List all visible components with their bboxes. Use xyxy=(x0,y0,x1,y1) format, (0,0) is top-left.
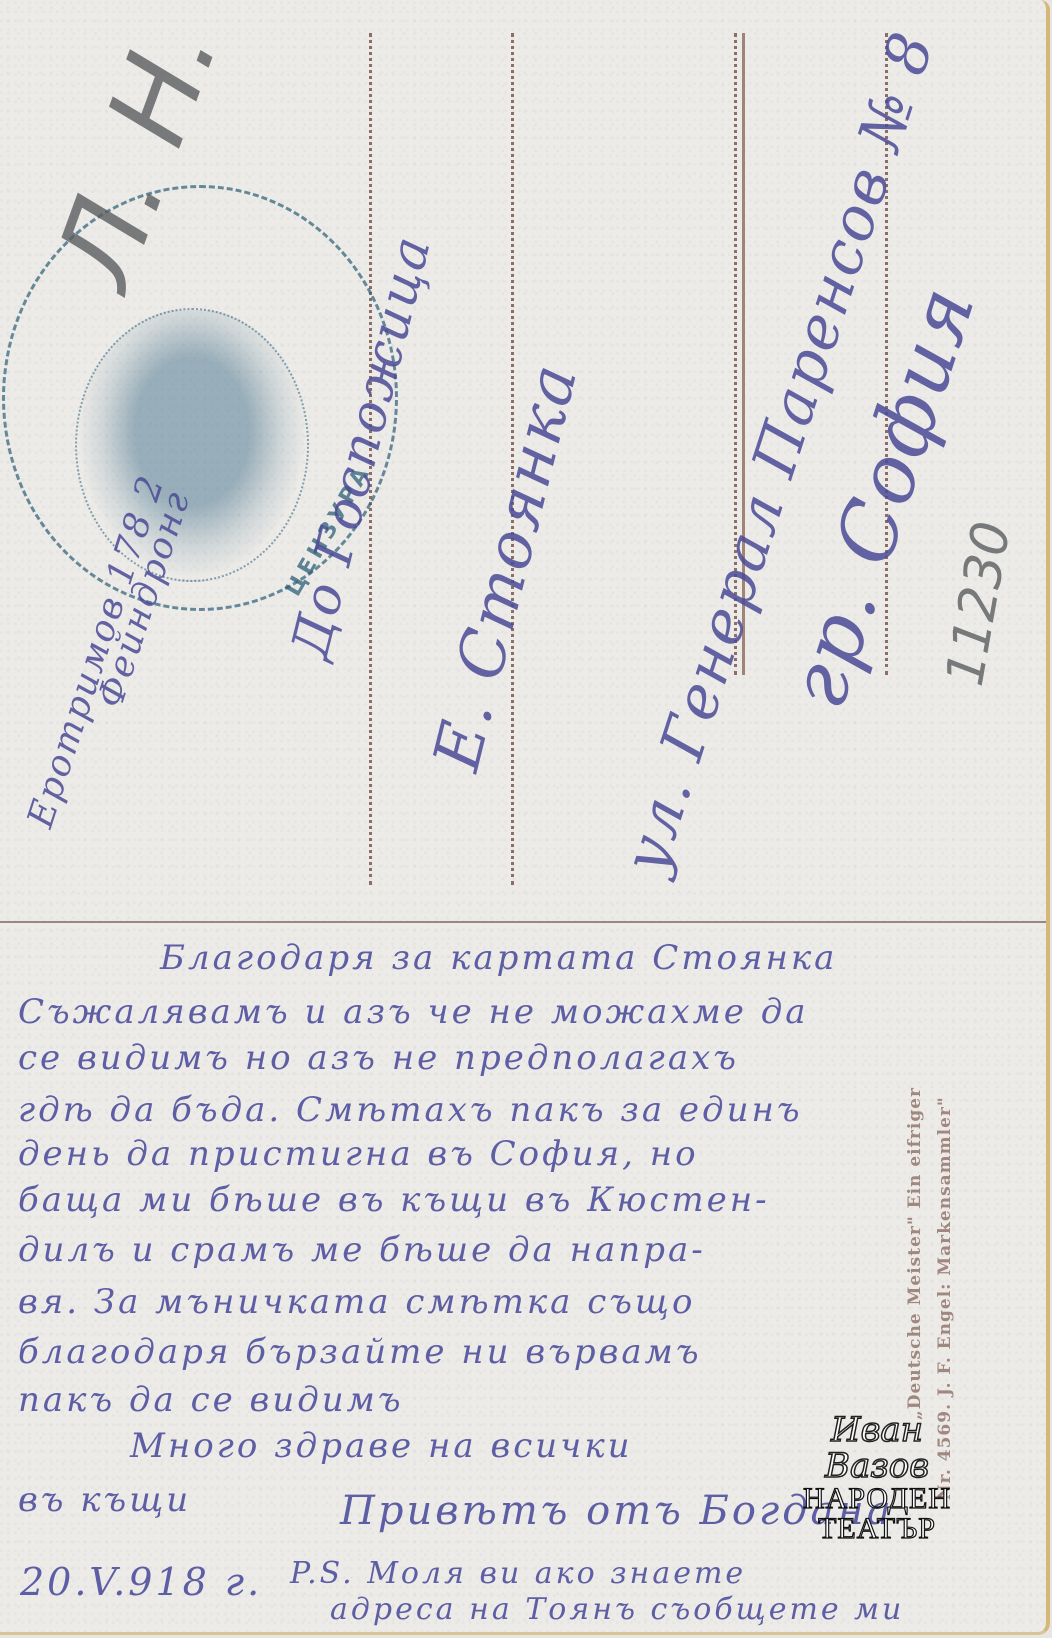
national-theatre-watermark: Иван Вазов НАРОДЕН ТЕАТЪР xyxy=(792,1412,962,1544)
message-line: благодаря бързайте ни вървамъ xyxy=(18,1332,702,1372)
message-line: гдѣ да бъда. Смѣтахъ пакъ за единъ xyxy=(18,1090,803,1130)
recipient-name: Е. Стоянка xyxy=(420,356,593,778)
message-line: Благодаря за картата Стоянка xyxy=(160,938,837,978)
message-line: Съжалявамъ и азъ че не можахме да xyxy=(18,992,809,1032)
message-date: 20.V.918 г. xyxy=(20,1560,262,1604)
section-divider xyxy=(0,921,1046,923)
printed-publisher-line-1: „Deutsche Meister" Ein eifriger xyxy=(905,1087,925,1420)
message-line: дилъ и срамъ ме бѣше да напра- xyxy=(18,1230,706,1270)
message-line: день да пристигна въ София, но xyxy=(18,1134,699,1174)
message-line: Много здраве на всички xyxy=(130,1426,633,1466)
postcard: ЦЕНЗУРА Л. Н. Еротримов 178 2 Фейндронг … xyxy=(0,0,1050,1635)
message-line: пакъ да се видимъ xyxy=(18,1380,404,1420)
archive-number: 11230 xyxy=(935,517,1023,690)
watermark-line-1: НАРОДЕН xyxy=(792,1484,962,1514)
message-line: въ къщи xyxy=(18,1480,191,1520)
message-line: се видимъ но азъ не предполагахъ xyxy=(18,1038,739,1078)
message-line: баща ми бѣше въ къщи въ Кюстен- xyxy=(18,1180,770,1220)
watermark-script: Иван Вазов xyxy=(792,1412,962,1484)
watermark-line-2: ТЕАТЪР xyxy=(792,1514,962,1544)
postscript-line-1: P.S. Моля ви ако знаете xyxy=(290,1556,746,1591)
postscript-line-2: адреса на Тоянъ съобщете ми xyxy=(330,1592,904,1627)
message-line: вя. За мъничката смѣтка също xyxy=(18,1282,695,1322)
